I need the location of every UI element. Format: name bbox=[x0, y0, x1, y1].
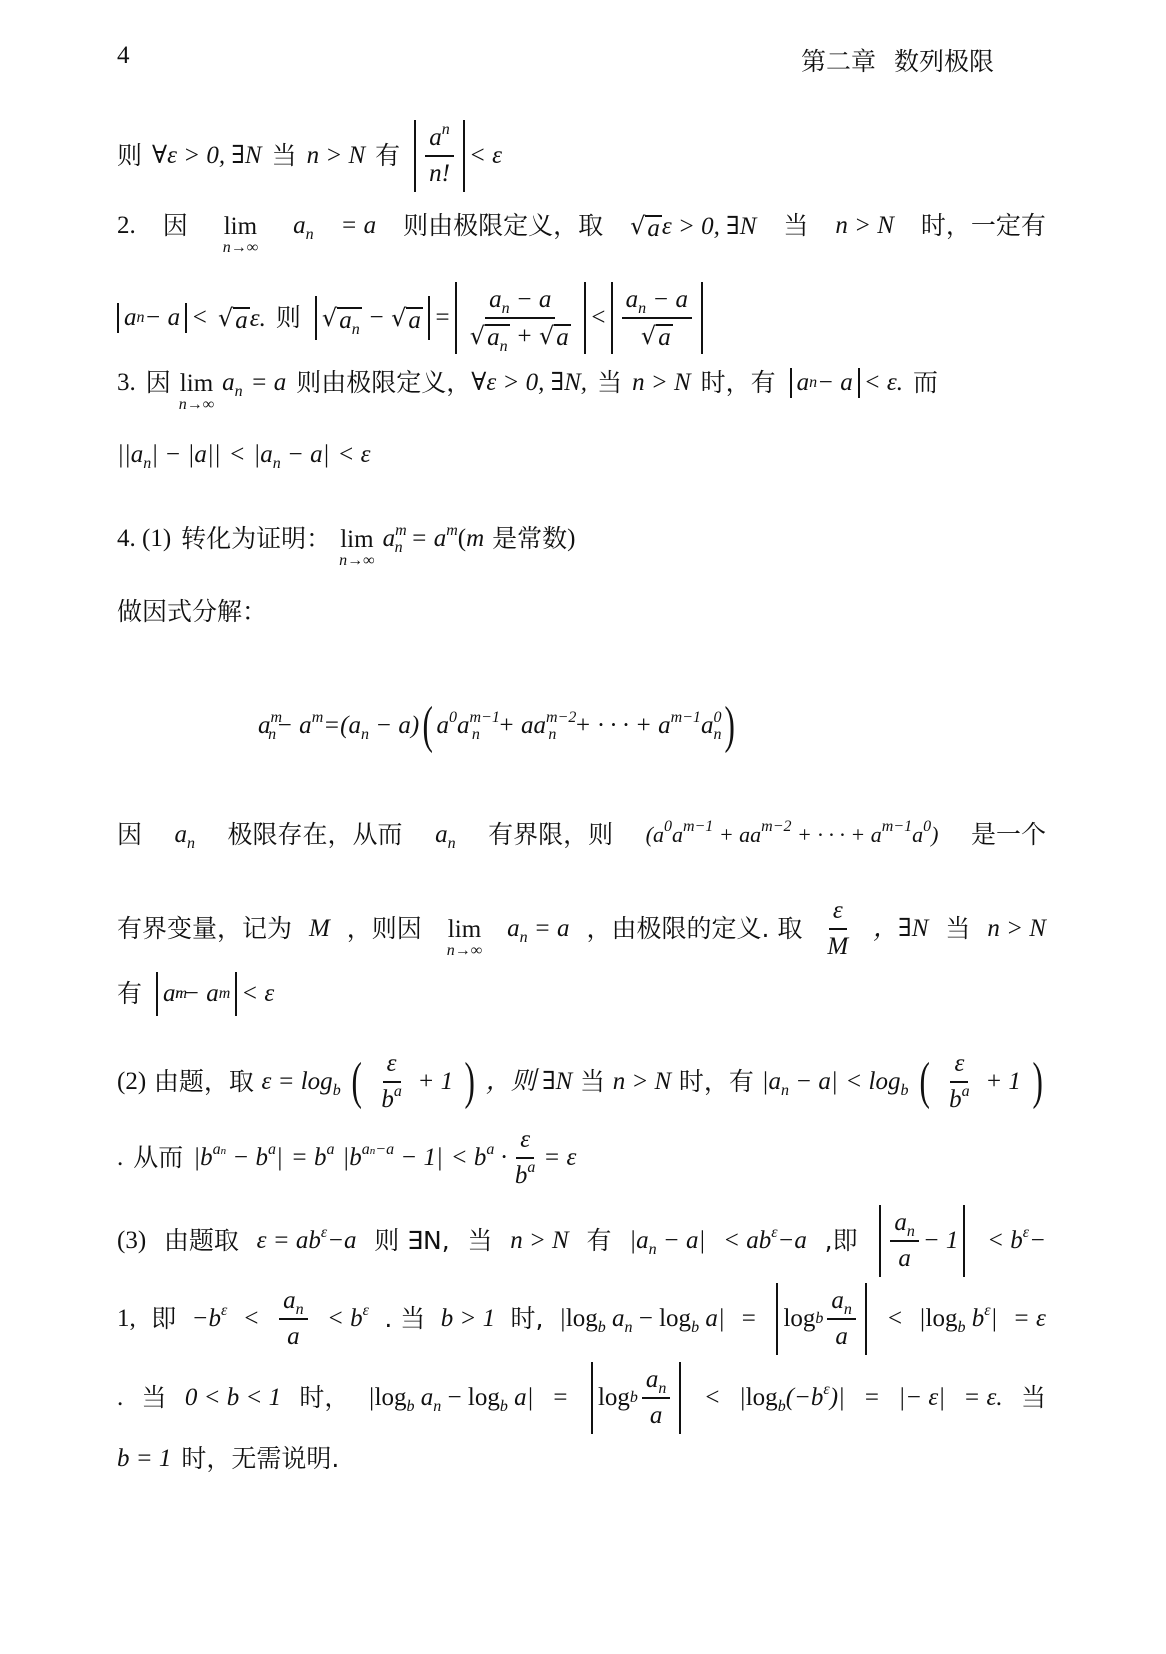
abs-fraction: an n! bbox=[414, 120, 465, 192]
proof-line-3: an − a < √aε. 则 √an − √a = an − a √an + … bbox=[117, 282, 1046, 354]
chapter-heading: 第二章数列极限 bbox=[801, 42, 994, 78]
proof-line-2: 2. 因 limn→∞ an = a 则由极限定义，取 √aε > 0, ∃N … bbox=[117, 205, 1046, 247]
proof-line-16: . 当 0 < b < 1 时， |logb an − logb a| = lo… bbox=[117, 1362, 1046, 1434]
proof-line-12: (2) 由题，取 ε = logb (εba + 1) ，则 ∃N 当 n > … bbox=[117, 1050, 1046, 1114]
fraction: an n! bbox=[425, 124, 454, 188]
proof-line-11: 有 amn − am < ε bbox=[117, 972, 1046, 1016]
page-number: 4 bbox=[117, 42, 130, 78]
proof-line-14: (3) 由题取 ε = abε−a 则 ∃N, 当 n > N 有 |an − … bbox=[117, 1205, 1046, 1277]
page-header: 4 第二章数列极限 bbox=[117, 42, 994, 78]
proof-line-13: . 从而 |ban − ba| = ba |ban−a − 1| < ba · … bbox=[117, 1126, 1046, 1190]
proof-line-4: 3. 因 limn→∞ an = a 则由极限定义， ∀ε > 0, ∃N, 当… bbox=[117, 362, 1046, 404]
proof-line-10: 有界变量，记为 M ，则因 limn→∞ an = a ，由极限的定义. 取 ε… bbox=[117, 897, 1046, 961]
proof-line-5: ||an| − |a|| < |an − a| < ε bbox=[117, 440, 1046, 470]
proof-line-9: 因 an 极限存在，从而 an 有界限，则 (a0am−1 + aam−2 + … bbox=[117, 820, 1046, 850]
proof-line-7: 做因式分解： bbox=[117, 597, 1046, 627]
limit-operator: limn→∞ bbox=[223, 214, 258, 256]
proof-line-1: 则 ∀ε > 0, ∃N 当 n > N 有 an n! < ε bbox=[117, 120, 1046, 192]
document-page: 4 第二章数列极限 则 ∀ε > 0, ∃N 当 n > N 有 an n! <… bbox=[0, 0, 1166, 1654]
proof-line-6: 4. (1) 转化为证明： limn→∞ amn = am ( m 是常数 ) bbox=[117, 518, 1046, 560]
proof-line-17: b = 1 时，无需说明. bbox=[117, 1444, 1046, 1474]
proof-line-15: 1, 即 −bε < ana < bε . 当 b > 1 时, |logb a… bbox=[117, 1283, 1046, 1355]
display-equation: amn − am = (an − a) ( a0am−1n + aam−2n +… bbox=[258, 700, 1046, 752]
